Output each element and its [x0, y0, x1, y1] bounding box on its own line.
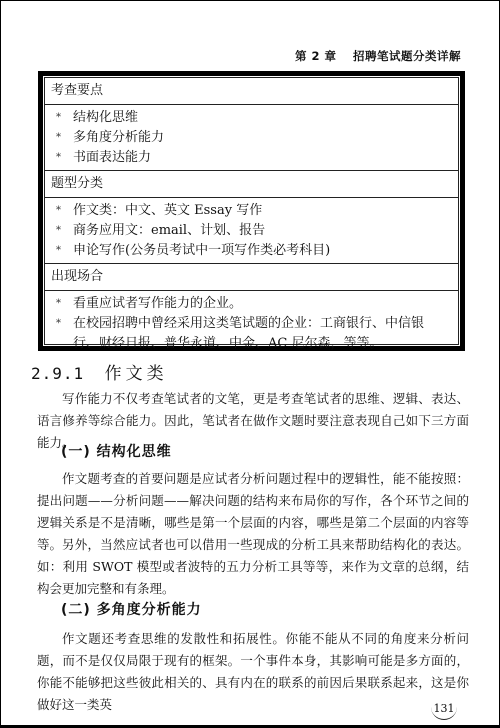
list-item: *看重应试者写作能力的企业。 — [45, 294, 458, 314]
box-section-title-question-types: 题型分类 — [45, 170, 458, 198]
asterisk-bullet-icon: * — [56, 128, 61, 148]
asterisk-bullet-icon: * — [56, 294, 61, 314]
summary-box-inner: 考查要点 *结构化思维 *多角度分析能力 *书面表达能力 题型分类 *作文类：中… — [44, 77, 459, 345]
body-paragraph: 作文题还考查思维的发散性和拓展性。你能不能从不同的角度来分析问题，而不是仅仅局限… — [37, 628, 469, 716]
chapter-number: 第 2 章 — [295, 49, 337, 63]
asterisk-bullet-icon: * — [56, 108, 61, 128]
box-section-title-occasions: 出现场合 — [45, 263, 458, 291]
asterisk-bullet-icon: * — [56, 201, 61, 221]
body-paragraph: 另外，当然应试者也可以借用一些现成的分析工具来帮助结构化的表达。如：利用 SWO… — [37, 534, 469, 600]
running-header: 第 2 章 招聘笔试题分类详解 — [295, 48, 461, 64]
summary-box: 考查要点 *结构化思维 *多角度分析能力 *书面表达能力 题型分类 *作文类：中… — [38, 71, 465, 351]
list-item: *书面表达能力 — [45, 148, 458, 168]
question-types-list: *作文类：中文、英文 Essay 写作 *商务应用文：email、计划、报告 *… — [45, 198, 458, 263]
subheading-multi-angle-analysis: (二) 多角度分析能力 — [61, 599, 202, 619]
list-item: *多角度分析能力 — [45, 128, 458, 148]
asterisk-bullet-icon: * — [56, 314, 61, 334]
subheading-structured-thinking: (一) 结构化思维 — [61, 441, 172, 461]
list-item: *商务应用文：email、计划、报告 — [45, 221, 458, 241]
list-item: *在校园招聘中曾经采用这类笔试题的企业：工商银行、中信银行、财经日报、普华永道、… — [45, 314, 458, 354]
list-item: *作文类：中文、英文 Essay 写作 — [45, 201, 458, 221]
asterisk-bullet-icon: * — [56, 241, 61, 261]
box-section-title-key-points: 考查要点 — [45, 78, 458, 105]
section-number: 2.9.1 — [31, 364, 84, 383]
page-number: 131 — [431, 700, 457, 720]
asterisk-bullet-icon: * — [56, 221, 61, 241]
book-page: 第 2 章 招聘笔试题分类详解 考查要点 *结构化思维 *多角度分析能力 *书面… — [0, 0, 500, 728]
section-title: 作文类 — [105, 364, 168, 384]
list-item: *申论写作(公务员考试中一项写作类必考科目) — [45, 241, 458, 261]
chapter-title: 招聘笔试题分类详解 — [353, 49, 461, 63]
section-heading: 2.9.1 作文类 — [31, 359, 168, 384]
key-points-list: *结构化思维 *多角度分析能力 *书面表达能力 — [45, 105, 458, 170]
asterisk-bullet-icon: * — [56, 148, 61, 168]
list-item: *结构化思维 — [45, 108, 458, 128]
occasions-list: *看重应试者写作能力的企业。 *在校园招聘中曾经采用这类笔试题的企业：工商银行、… — [45, 291, 458, 356]
